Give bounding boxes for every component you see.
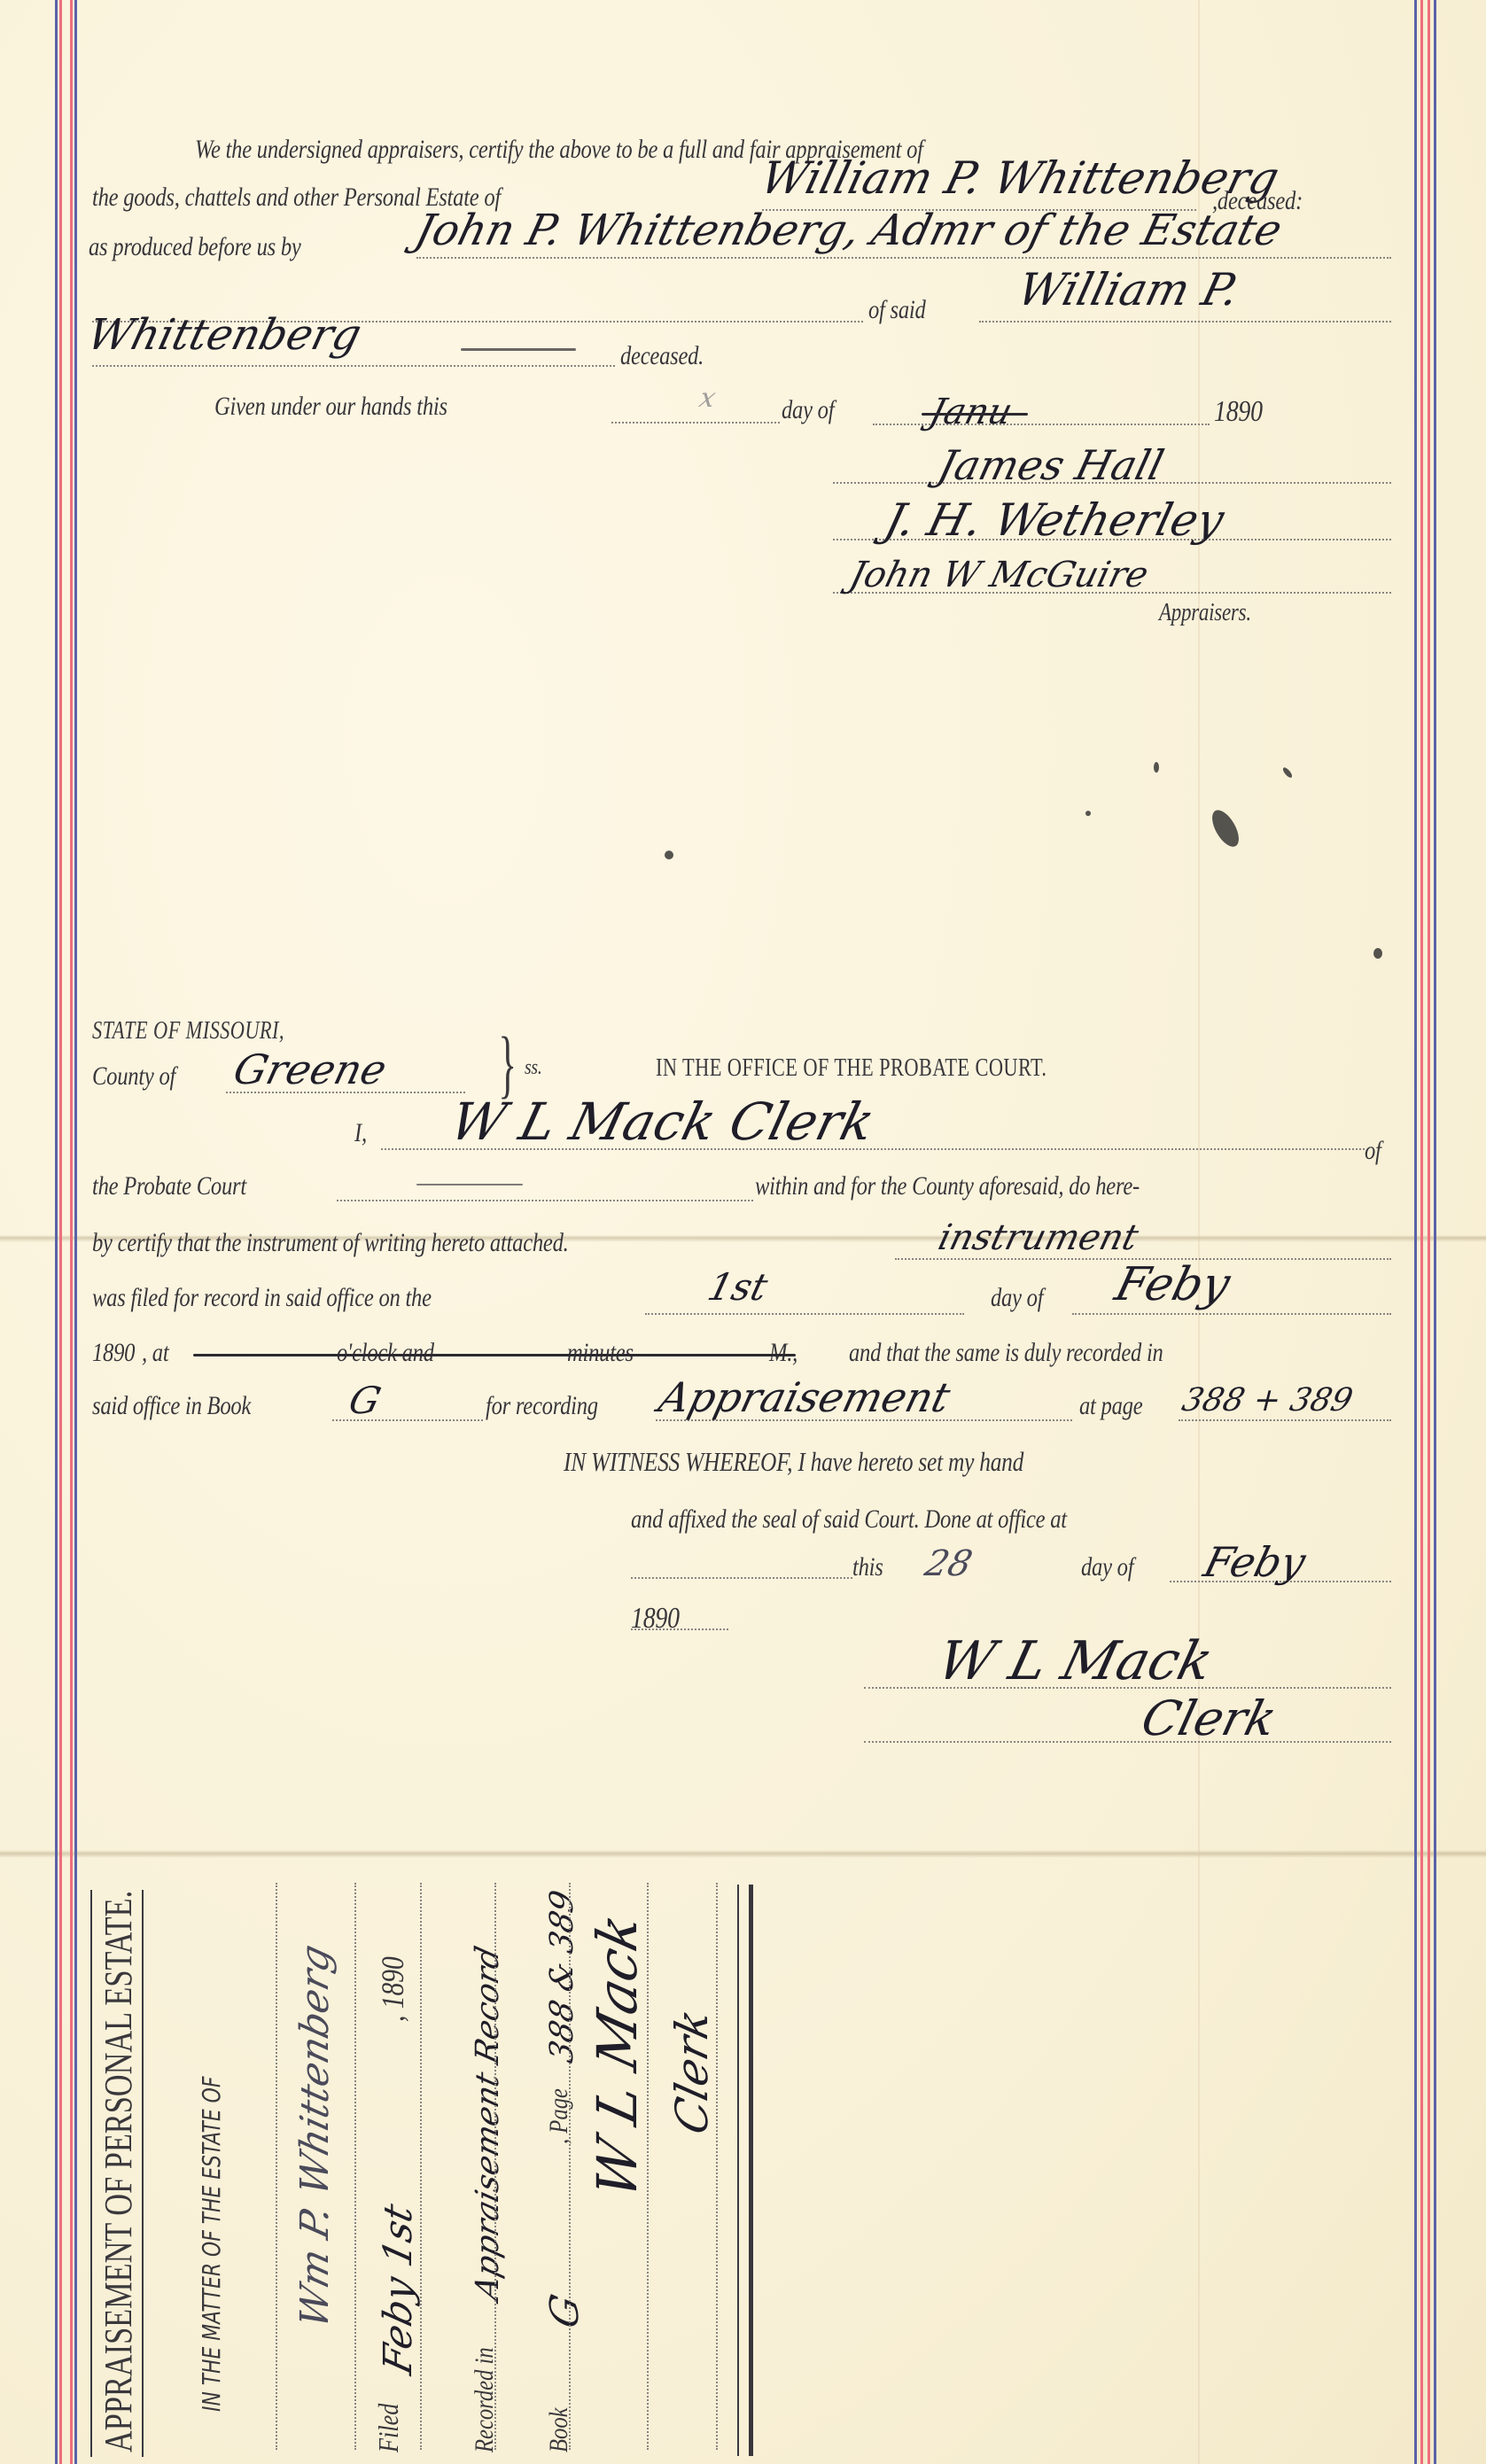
recorded-line-suffix: and that the same is duly recorded in xyxy=(849,1338,1163,1368)
docket-filed-year: , 1890 xyxy=(374,1956,411,2022)
filed-year: 1890 xyxy=(92,1338,135,1368)
county-value: Greene xyxy=(229,1045,391,1093)
at-page-label: at page xyxy=(1079,1391,1142,1421)
decedent-last-name: Whittenberg xyxy=(82,310,366,360)
docket-book-value: G xyxy=(542,2290,587,2333)
oclock-label: o'clock and xyxy=(337,1338,434,1368)
office-heading: IN THE OFFICE OF THE PROBATE COURT. xyxy=(656,1054,1046,1083)
county-label: County of xyxy=(92,1061,175,1092)
docket-page-value: 388 & 389 xyxy=(544,1887,580,2067)
deceased-label: deceased. xyxy=(620,341,704,371)
docket-filed-label: Filed xyxy=(372,2404,405,2452)
clerk-name: W L Mack Clerk xyxy=(445,1092,881,1152)
appraiser-signature-2: J. H. Wetherley xyxy=(880,494,1229,546)
strike-through-time xyxy=(193,1354,796,1356)
seal-line: and affixed the seal of said Court. Done… xyxy=(631,1504,1067,1535)
filed-prefix: was filed for record in said office on t… xyxy=(92,1283,432,1313)
docket-clerk-title: Clerk xyxy=(666,2004,718,2140)
book-value: G xyxy=(345,1379,385,1422)
docket-title: APPRAISEMENT OF PERSONAL ESTATE. xyxy=(96,1891,141,2452)
certificate-line-3-prefix: as produced before us by xyxy=(89,232,301,262)
this-label: this xyxy=(852,1552,883,1582)
ss-label: ss. xyxy=(525,1056,542,1080)
court-line-prefix: the Probate Court xyxy=(92,1171,246,1201)
appraisers-label: Appraisers. xyxy=(1159,599,1251,627)
given-day-of-label: day of xyxy=(782,395,834,425)
witness-year: 1890 xyxy=(631,1602,680,1636)
witness-line: IN WITNESS WHEREOF, I have hereto set my… xyxy=(564,1446,1023,1478)
clerk-signature: W L Mack xyxy=(931,1630,1218,1692)
docket-matter-label: IN THE MATTER OF THE ESTATE OF xyxy=(197,2077,226,2412)
state-heading: STATE OF MISSOURI, xyxy=(92,1017,284,1045)
producer-name: John P. Whittenberg, Admr of the Estate xyxy=(410,206,1287,255)
given-day: x xyxy=(696,383,720,414)
book-prefix: said office in Book xyxy=(92,1391,251,1421)
docket-clerk-signature: W L Mack xyxy=(585,1908,650,2204)
at-label: , at xyxy=(142,1338,168,1368)
witness-day-of-label: day of xyxy=(1081,1552,1133,1582)
court-line-suffix: within and for the County aforesaid, do … xyxy=(755,1171,1140,1201)
decedent-first-name: William P. xyxy=(1013,264,1244,315)
given-under-label: Given under our hands this xyxy=(214,392,447,422)
minutes-label: minutes xyxy=(567,1338,634,1368)
given-month-struck: Janu xyxy=(925,392,1016,432)
page-numbers: 388 + 389 xyxy=(1179,1382,1357,1419)
appraiser-signature-3: John W McGuire xyxy=(845,555,1152,595)
recording-type: Appraisement xyxy=(654,1373,954,1421)
docket-recorded-in: Appraisement Record xyxy=(470,1943,506,2304)
filed-month: Feby xyxy=(1110,1258,1236,1311)
faint-column-line xyxy=(1198,0,1200,2464)
clerk-title: Clerk xyxy=(1136,1691,1282,1746)
instrument-value: instrument xyxy=(934,1217,1142,1258)
for-recording-label: for recording xyxy=(486,1391,598,1421)
given-year: 1890 xyxy=(1214,395,1263,429)
appraiser-signature-1: James Hall xyxy=(933,441,1168,489)
filed-day-of-label: day of xyxy=(991,1283,1043,1313)
witness-day: 28 xyxy=(921,1543,976,1584)
m-label: M., xyxy=(769,1338,797,1368)
i-label: I, xyxy=(354,1118,367,1148)
decedent-name: William P. Whittenberg xyxy=(756,152,1284,204)
docket-estate-name: Wm P. Whittenberg xyxy=(292,1940,338,2333)
witness-month: Feby xyxy=(1199,1538,1311,1586)
of-said-label: of said xyxy=(868,295,926,325)
of-label: of xyxy=(1365,1136,1381,1166)
certify-line: by certify that the instrument of writin… xyxy=(92,1228,569,1258)
docket-filed-date: Feby 1st xyxy=(376,2200,421,2379)
filed-day: 1st xyxy=(704,1265,772,1309)
